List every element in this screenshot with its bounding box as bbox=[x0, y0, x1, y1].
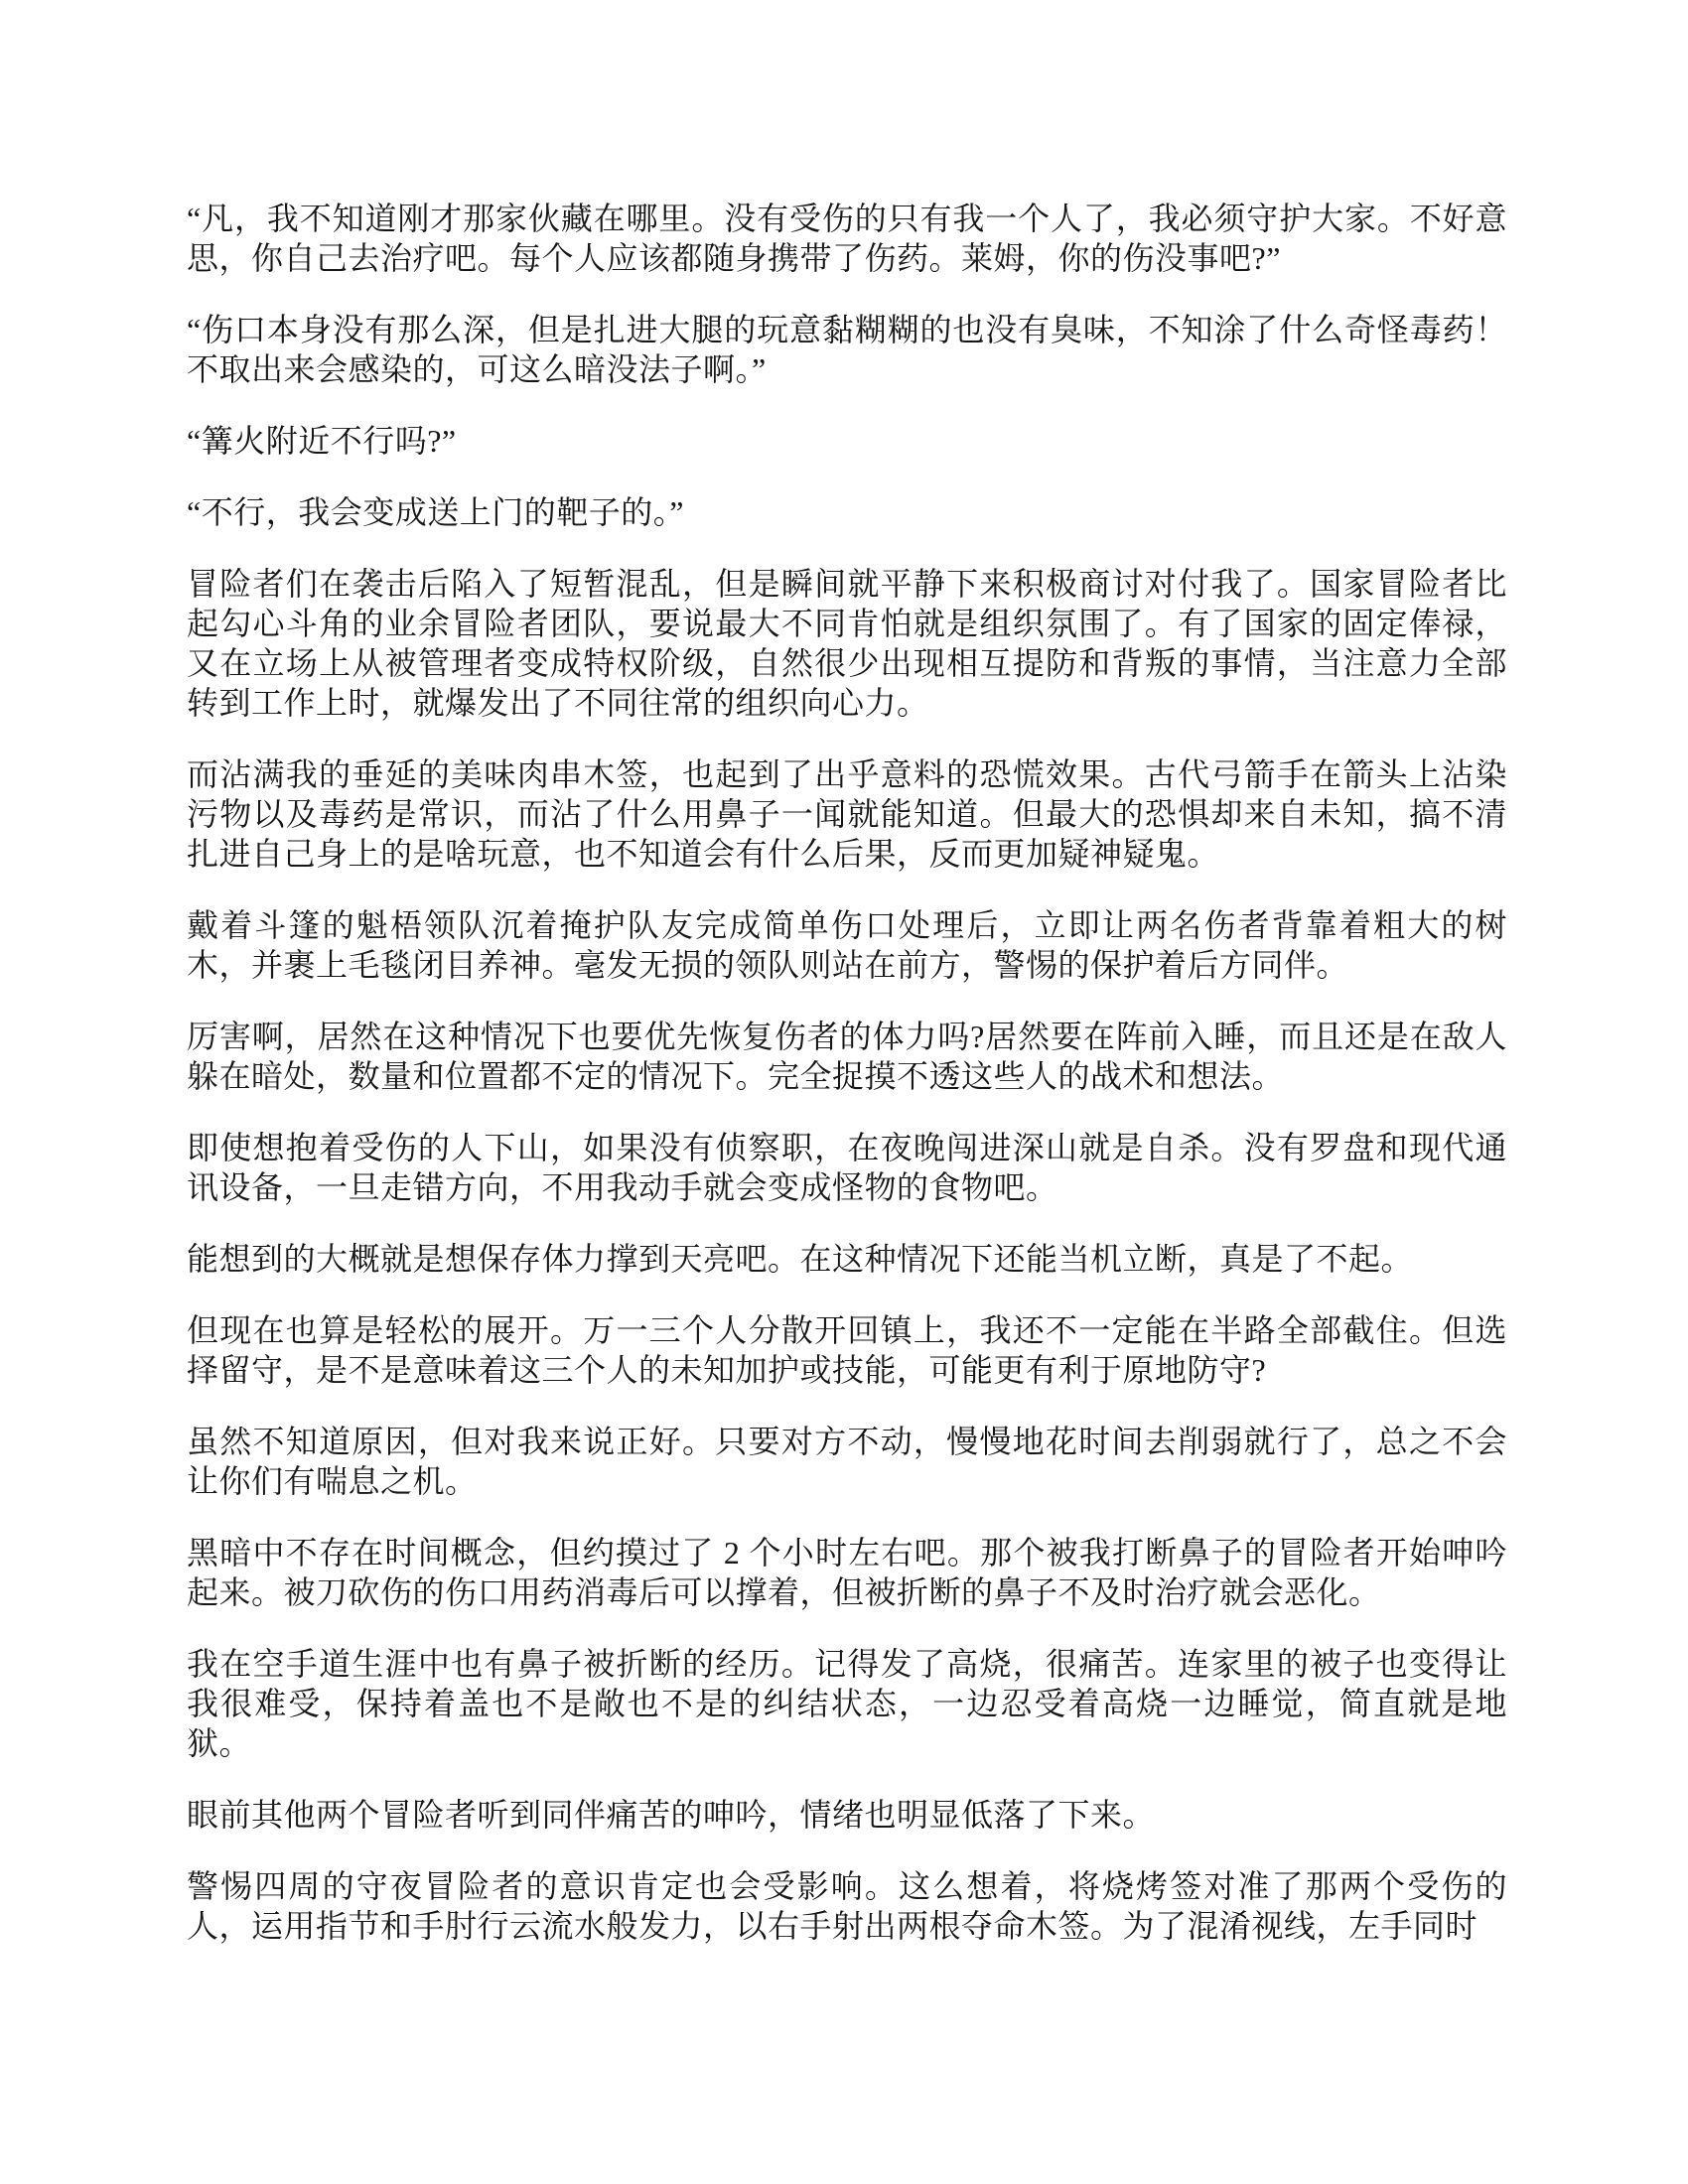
paragraph-10: 能想到的大概就是想保存体力撑到天亮吧。在这种情况下还能当机立断，真是了不起。 bbox=[187, 1239, 1507, 1279]
paragraph-7: 戴着斗篷的魁梧领队沉着掩护队友完成简单伤口处理后，立即让两名伤者背靠着粗大的树木… bbox=[187, 905, 1507, 985]
paragraph-14: 我在空手道生涯中也有鼻子被折断的经历。记得发了高烧，很痛苦。连家里的被子也变得让… bbox=[187, 1644, 1507, 1763]
paragraph-2: “伤口本身没有那么深，但是扎进大腿的玩意黏糊糊的也没有臭味，不知涂了什么奇怪毒药… bbox=[187, 310, 1507, 389]
paragraph-3: “篝火附近不行吗?” bbox=[187, 421, 1507, 461]
paragraph-8: 厉害啊，居然在这种情况下也要优先恢复伤者的体力吗?居然要在阵前入睡，而且还是在敌… bbox=[187, 1017, 1507, 1096]
paragraph-16: 警惕四周的守夜冒险者的意识肯定也会受影响。这么想着，将烧烤签对准了那两个受伤的人… bbox=[187, 1866, 1507, 1946]
paragraph-15: 眼前其他两个冒险者听到同伴痛苦的呻吟，情绪也明显低落了下来。 bbox=[187, 1795, 1507, 1835]
paragraph-5: 冒险者们在袭击后陷入了短暂混乱，但是瞬间就平静下来积极商讨对付我了。国家冒险者比… bbox=[187, 564, 1507, 723]
paragraph-6: 而沾满我的垂延的美味肉串木签，也起到了出乎意料的恐慌效果。古代弓箭手在箭头上沾染… bbox=[187, 754, 1507, 874]
document-page: “凡，我不知道刚才那家伙藏在哪里。没有受伤的只有我一个人了，我必须守护大家。不好… bbox=[0, 0, 1688, 2184]
paragraph-13: 黑暗中不存在时间概念，但约摸过了 2 个小时左右吧。那个被我打断鼻子的冒险者开始… bbox=[187, 1533, 1507, 1612]
paragraph-11: 但现在也算是轻松的展开。万一三个人分散开回镇上，我还不一定能在半路全部截住。但选… bbox=[187, 1310, 1507, 1390]
paragraph-4: “不行，我会变成送上门的靶子的。” bbox=[187, 492, 1507, 532]
paragraph-12: 虽然不知道原因，但对我来说正好。只要对方不动，慢慢地花时间去削弱就行了，总之不会… bbox=[187, 1422, 1507, 1501]
paragraph-1: “凡，我不知道刚才那家伙藏在哪里。没有受伤的只有我一个人了，我必须守护大家。不好… bbox=[187, 199, 1507, 278]
paragraph-9: 即使想抱着受伤的人下山，如果没有侦察职，在夜晚闯进深山就是自杀。没有罗盘和现代通… bbox=[187, 1128, 1507, 1207]
page-content: “凡，我不知道刚才那家伙藏在哪里。没有受伤的只有我一个人了，我必须守护大家。不好… bbox=[187, 199, 1507, 1946]
